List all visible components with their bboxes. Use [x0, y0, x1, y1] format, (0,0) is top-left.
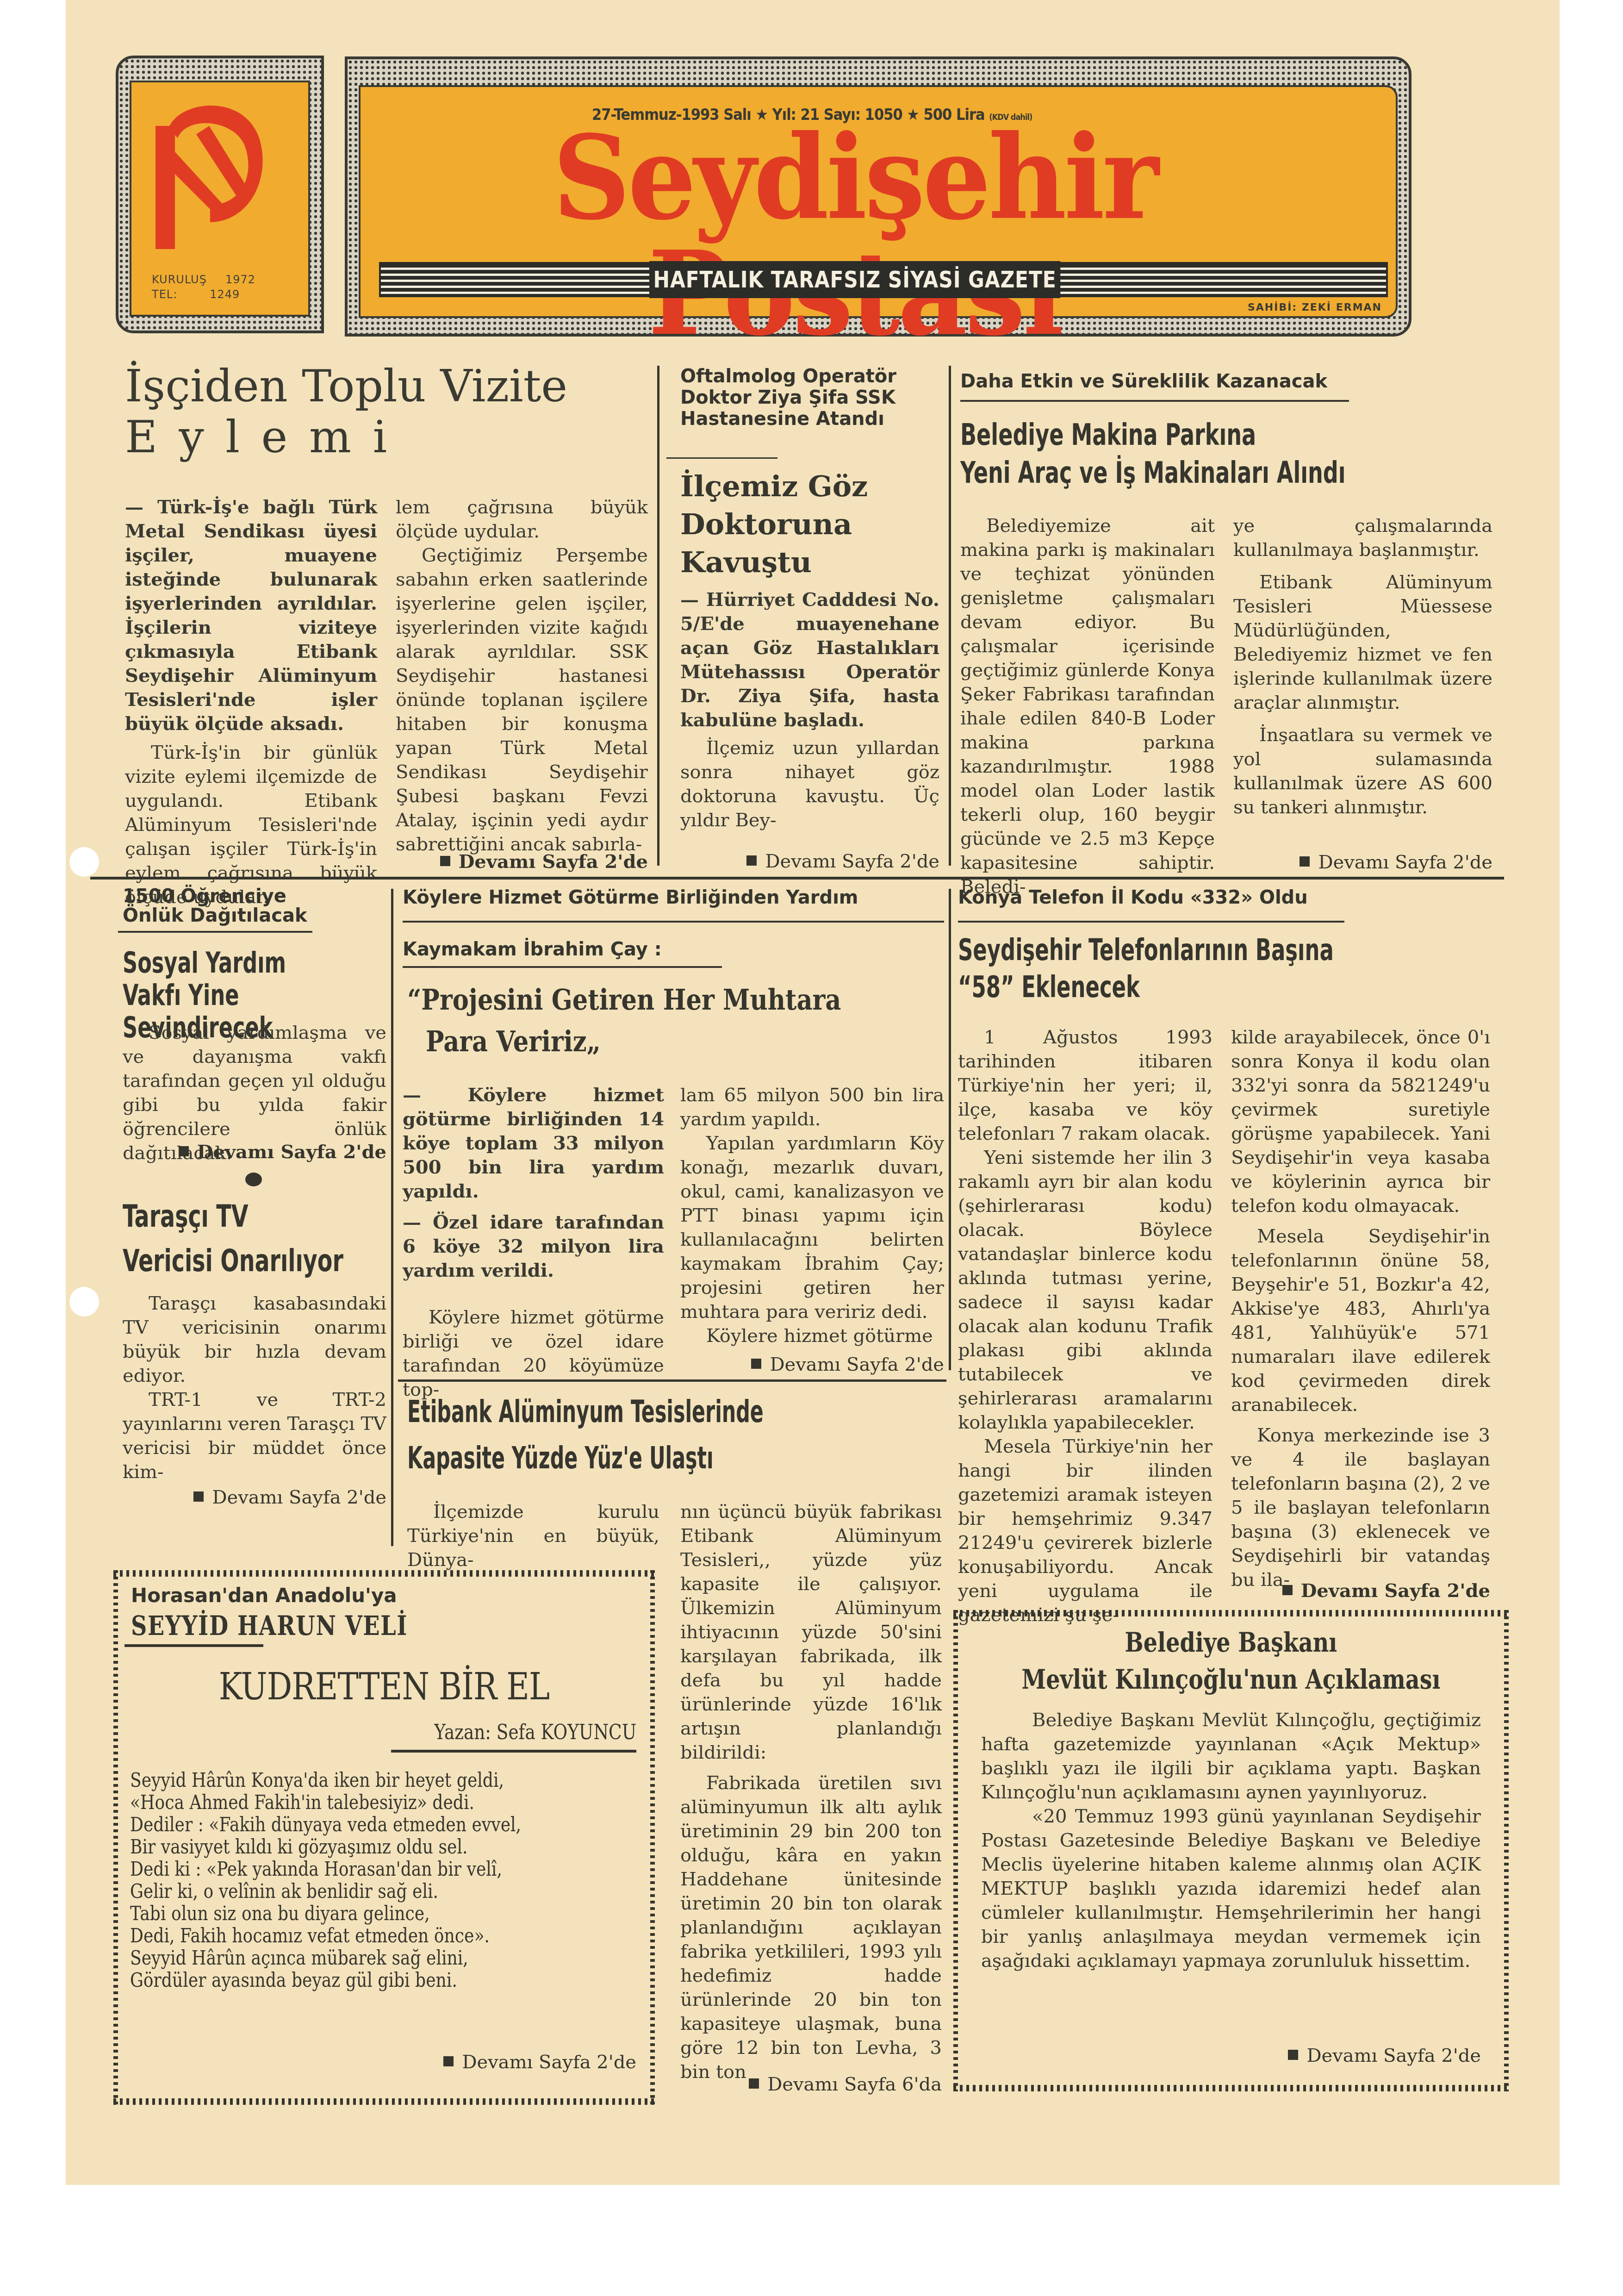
paragraph: İnşaatlara su vermek ve yol sulamasında … — [1233, 723, 1492, 819]
bullet-square-icon — [1282, 1585, 1293, 1595]
row-divider — [90, 877, 1504, 880]
bullet-square-icon — [193, 1491, 204, 1502]
paragraph: «20 Temmuz 1993 günü yayınlanan Seydişeh… — [981, 1804, 1481, 1973]
article-vizite-body-col1: Türk-İş'in bir günlük vizite eylemi ilçe… — [125, 741, 377, 909]
zigzag-border — [113, 1570, 655, 1577]
headline-line2: Mevlüt Kılınçoğlu'nun Açıklaması — [1003, 1661, 1459, 1698]
kicker: Horasan'dan Anadolu'ya — [131, 1584, 397, 1607]
kicker: 1500 Öğrenciye Önlük Dağıtılacak — [123, 886, 308, 925]
paragraph: ye çalışmalarında kullanılmaya başlanmış… — [1233, 514, 1492, 562]
paragraph: Konya merkezinde ise 3 ve 4 ile başlayan… — [1231, 1423, 1490, 1592]
zigzag-border — [1504, 1610, 1509, 2091]
body-col2: nın üçüncü büyük fabrikası Etibank Alümi… — [680, 1500, 942, 2084]
kicker-rule — [958, 921, 1344, 923]
headline: İşçiden Toplu Vizite — [125, 361, 650, 411]
separator-dot-icon — [245, 1173, 262, 1186]
lead: — Hürriyet Cadddesi No. 5/E'de muayeneha… — [680, 588, 939, 732]
bullet-square-icon — [749, 2078, 759, 2089]
verse-block: Seyyid Hârûn Konya'da iken bir heyet gel… — [130, 1769, 521, 1991]
column-divider — [391, 889, 393, 1546]
verse-line: Dedi, Fakih hocamız vefat etmeden önce». — [130, 1925, 521, 1947]
verse-line: Bir vasiyyet kıldı ki gözyaşımız oldu se… — [130, 1836, 521, 1858]
owner-line: SAHİBİ: ZEKİ ERMAN — [1248, 302, 1382, 313]
body-col2: ye çalışmalarında kullanılmaya başlanmış… — [1233, 514, 1492, 819]
byline: Yazan: Sefa KOYUNCU — [434, 1721, 636, 1744]
article-koylere-hizmet: Köylere Hizmet Götürme Birliğinden Yardı… — [403, 886, 944, 909]
paragraph: kilde arayabilecek, önce 0'ı sonra Konya… — [1231, 1025, 1490, 1218]
continued-label: Devamı Sayfa 2'de — [770, 1354, 944, 1375]
body-col1: Köylere hizmet götürme birliği ve özel i… — [403, 1305, 664, 1402]
headline-line2: Vericisi Onarılıyor — [123, 1239, 334, 1283]
bullet-square-icon — [443, 2056, 454, 2066]
headline: İlçemiz Göz Doktoruna Kavuştu — [680, 468, 884, 581]
paragraph: Mesela Seydişehir'in telefonlarının önün… — [1231, 1224, 1490, 1417]
body-col2: lam 65 milyon 500 bin lira yardım yapıld… — [680, 1083, 944, 1348]
kicker: Oftalmolog Operatör Doktor Ziya Şifa SSK… — [680, 366, 939, 430]
verse-line: Dedi ki : «Pek yakında Horasan'dan bir v… — [130, 1858, 521, 1880]
boxed-article-baskan-aciklama: Belediye Başkanı Mevlüt Kılınçoğlu'nun A… — [953, 1610, 1509, 2091]
bullet-square-icon — [746, 855, 757, 866]
headline-line2: Kapasite Yüzde Yüz'e Ulaştı — [407, 1435, 794, 1481]
verse-line: «Hoca Ahmed Fakih'in talebesiyiz» dedi. — [130, 1791, 521, 1814]
bullet-square-icon — [440, 856, 450, 866]
zigzag-border — [953, 1610, 958, 2091]
paragraph: lam 65 milyon 500 bin lira yardım yapıld… — [680, 1083, 944, 1131]
paragraph: Yeni sistemde her ilin 3 rakamlı ayrı bi… — [958, 1146, 1213, 1435]
zigzag-border — [953, 2085, 1509, 2091]
body: Belediye Başkanı Mevlüt Kılınçoğlu, geçt… — [981, 1708, 1481, 1973]
punch-hole — [69, 1287, 99, 1316]
sub-kicker-rule — [403, 966, 722, 968]
column-divider — [657, 366, 659, 866]
kicker-rule — [403, 921, 944, 923]
headline-line2: “58” Eklenecek — [958, 969, 1140, 1006]
continued-link[interactable]: Devamı Sayfa 2'de — [1288, 2045, 1481, 2066]
kicker: Daha Etkin ve Süreklilik Kazanacak — [960, 370, 1506, 393]
series-title: SEYYİD HARUN VELİ — [131, 1610, 408, 1641]
tagline: HAFTALIK TARAFSIZ SİYASİ GAZETE — [649, 261, 1060, 298]
paragraph: Belediye Başkanı Mevlüt Kılınçoğlu, geçt… — [981, 1708, 1481, 1804]
tel-number: 1249 — [210, 288, 240, 301]
headline: KUDRETTEN BİR EL — [154, 1665, 615, 1708]
verse-line: Seyyid Hârûn açınca mübarek sağ elini, — [130, 1947, 521, 1969]
body-p1: Taraşçı kasabasındaki TV vericisinin ona… — [123, 1291, 386, 1388]
verse-line: Dediler : «Fakih dünyaya veda etmeden ev… — [130, 1814, 521, 1836]
headline-line2: E y l e m i — [125, 411, 650, 463]
continued-link[interactable]: Devamı Sayfa 2'de — [443, 2052, 636, 2073]
series-rule — [124, 1644, 263, 1647]
bullet-square-icon — [751, 1359, 761, 1369]
kicker-rule — [666, 457, 777, 459]
paragraph: lem çağrısına büyük ölçüde uydular. — [396, 495, 648, 543]
continued-link[interactable]: Devamı Sayfa 2'de — [123, 1141, 386, 1163]
bullet-square-icon — [1288, 2050, 1298, 2060]
body-col1: Belediyemize ait makina parkı iş makinal… — [960, 514, 1215, 899]
founded-year: 1972 — [225, 273, 255, 286]
sp-logo-icon — [150, 96, 270, 249]
continued-link[interactable]: Devamı Sayfa 2'de — [1233, 852, 1492, 873]
bullet-square-icon — [179, 1146, 189, 1156]
headline-line2: Para Veririz„ — [426, 1021, 601, 1062]
headline: Seydişehir Telefonlarının Başına — [958, 932, 1334, 969]
continued-label: Devamı Sayfa 2'de — [1306, 2045, 1481, 2066]
continued-link[interactable]: Devamı Sayfa 2'de — [680, 851, 939, 872]
paragraph: Köylere hizmet götürme — [680, 1324, 944, 1348]
body-text: Türk-İş'in bir günlük vizite eylemi ilçe… — [125, 742, 377, 908]
kicker: Köylere Hizmet Götürme Birliğinden Yardı… — [403, 886, 944, 909]
punch-hole — [69, 847, 99, 877]
column-divider — [949, 889, 951, 1370]
tel-label: TEL: — [152, 288, 177, 301]
paragraph: Yapılan yardımların Köy konağı, mezarlık… — [680, 1131, 944, 1324]
article-belediye-makina: Daha Etkin ve Süreklilik Kazanacak Beled… — [960, 370, 1506, 393]
body-col2: kilde arayabilecek, önce 0'ı sonra Konya… — [1231, 1025, 1490, 1592]
paragraph: nın üçüncü büyük fabrikası Etibank Alümi… — [680, 1500, 942, 1765]
byline-rule — [391, 1750, 636, 1753]
body-col1: İlçemizde kurulu Türkiye'nin en büyük, D… — [407, 1500, 659, 1572]
article-telefon: Konya Telefon İl Kodu «332» Oldu Seydişe… — [958, 886, 1509, 909]
body-p2: TRT-1 ve TRT-2 yayınlarını veren Taraşçı… — [123, 1388, 386, 1484]
headline: Taraşçı TV — [123, 1194, 334, 1239]
headline: “Projesini Getiren Her Muhtara — [407, 979, 841, 1021]
verse-line: Tabi olun siz ona bu diyara gelince, — [130, 1903, 521, 1925]
bullet-square-icon — [1300, 856, 1310, 867]
continued-label: Devamı Sayfa 2'de — [765, 851, 939, 872]
article-tarasci: Taraşçı TV Vericisi Onarılıyor Taraşçı k… — [123, 1194, 386, 1508]
column-divider — [949, 366, 951, 866]
headline: Etibank Alüminyum Tesislerinde — [407, 1389, 794, 1435]
continued-label: Devamı Sayfa 2'de — [1301, 1580, 1490, 1602]
article-vizite-lead: — Türk-İş'e bağlı Türk Metal Sendikası ü… — [125, 495, 377, 736]
zigzag-border — [650, 1570, 655, 2105]
article-vizite: İşçiden Toplu Vizite E y l e m i — [125, 361, 650, 463]
verse-line: Seyyid Hârûn Konya'da iken bir heyet gel… — [130, 1769, 521, 1791]
body-col1: 1 Ağustos 1993 tarihinden itibaren Türki… — [958, 1025, 1213, 1627]
section-divider — [398, 1379, 946, 1382]
zigzag-border — [113, 1570, 118, 2105]
masthead: 27-Temmuz-1993 Salı ★ Yıl: 21 Sayı: 1050… — [345, 56, 1412, 337]
continued-label: Devamı Sayfa 2'de — [459, 851, 648, 873]
continued-link[interactable]: Devamı Sayfa 2'de — [123, 1487, 386, 1508]
kicker-rule — [960, 400, 1349, 402]
paragraph: Etibank Alüminyum Tesisleri Müessese Müd… — [1233, 570, 1492, 715]
continued-label: Devamı Sayfa 2'de — [197, 1141, 386, 1163]
article-vizite-body-col2: lem çağrısına büyük ölçüde uydular. Geçt… — [396, 495, 648, 856]
continued-label: Devamı Sayfa 2'de — [462, 2052, 636, 2073]
newspaper-title: Seydişehir Postası — [379, 119, 1330, 351]
paragraph: Geçtiğimiz Perşembe sabahın erken saatle… — [396, 543, 648, 856]
article-goz-doktoru: Oftalmolog Operatör Doktor Ziya Şifa SSK… — [680, 366, 939, 430]
continued-link[interactable]: Devamı Sayfa 2'de — [680, 1354, 944, 1375]
paragraph: 1 Ağustos 1993 tarihinden itibaren Türki… — [958, 1025, 1213, 1146]
continued-link[interactable]: Devamı Sayfa 2'de — [396, 851, 648, 873]
continued-label: Devamı Sayfa 2'de — [212, 1487, 386, 1508]
paragraph: Mesela Türkiye'nin her hangi bir ilinden… — [958, 1435, 1213, 1627]
logo-meta: KURULUŞ1972 TEL:1249 — [152, 272, 255, 302]
headline: Belediye Başkanı — [1003, 1624, 1459, 1661]
sub-kicker: Kaymakam İbrahim Çay : — [403, 938, 662, 961]
tagline-bar: HAFTALIK TARAFSIZ SİYASİ GAZETE — [379, 262, 1388, 297]
zigzag-border — [113, 2098, 655, 2105]
headline: Belediye Makina Parkına — [960, 417, 1256, 454]
kicker-rule — [118, 931, 312, 933]
verse-line: Gelir ki, o velînin ak benlidir sağ eli. — [130, 1880, 521, 1903]
founded-label: KURULUŞ — [152, 273, 207, 286]
continued-label: Devamı Sayfa 6'da — [767, 2074, 942, 2095]
article-etibank: Etibank Alüminyum Tesislerinde Kapasite … — [407, 1389, 944, 1481]
article-onluk: 1500 Öğrenciye Önlük Dağıtılacak Sosyal … — [123, 886, 386, 925]
kicker: Konya Telefon İl Kodu «332» Oldu — [958, 886, 1509, 909]
lead1: — Köylere hizmet götürme birliğinden 14 … — [403, 1083, 664, 1204]
continued-link[interactable]: Devamı Sayfa 2'de — [1231, 1580, 1490, 1602]
verse-line: Gördüler ayasında beyaz gül gibi beni. — [130, 1969, 521, 1991]
logo-box: KURULUŞ1972 TEL:1249 — [116, 56, 324, 333]
paragraph: Fabrikada üretilen sıvı alüminyumun ilk … — [680, 1771, 942, 2084]
body: İlçemiz uzun yıllardan sonra nihayet göz… — [680, 736, 939, 832]
lead2: — Özel idare tarafından 6 köye 32 milyon… — [403, 1210, 664, 1283]
headline-line2: Yeni Araç ve İş Makinaları Alındı — [960, 455, 1345, 492]
continued-label: Devamı Sayfa 2'de — [1318, 852, 1492, 873]
zigzag-border — [953, 1610, 1509, 1616]
boxed-article-seyyid-harun: Horasan'dan Anadolu'ya SEYYİD HARUN VELİ… — [113, 1570, 655, 2105]
continued-link[interactable]: Devamı Sayfa 6'da — [680, 2074, 942, 2095]
